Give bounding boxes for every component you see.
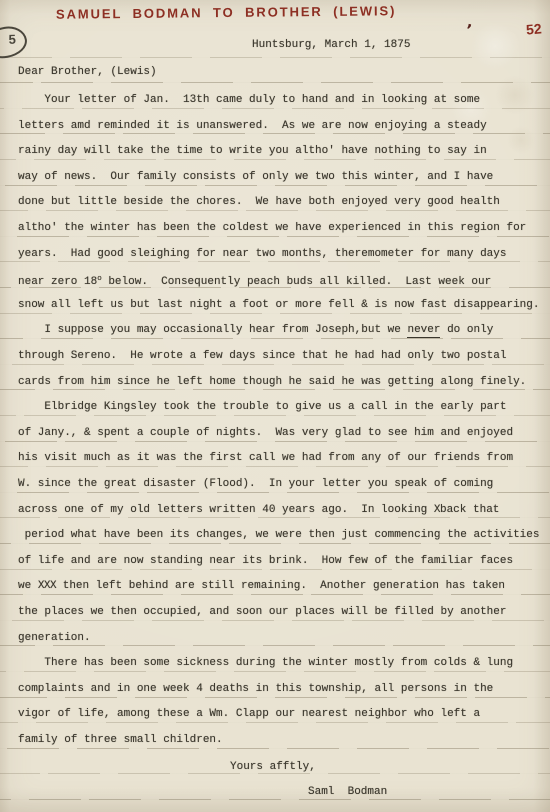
letter-line-10: I suppose you may occasionally hear from… bbox=[18, 324, 493, 337]
ruled-line bbox=[0, 236, 550, 237]
ruled-line bbox=[0, 748, 550, 749]
letter-line-19: of life and are now standing near its br… bbox=[18, 555, 513, 568]
ruled-line bbox=[0, 338, 550, 339]
letter-line-9: snow all left us but last night a foot o… bbox=[18, 299, 540, 312]
letter-line-17: across one of my old letters written 40 … bbox=[18, 504, 499, 517]
ruled-line bbox=[0, 517, 550, 518]
scanned-letter-page: SAMUEL BODMAN TO BROTHER (LEWIS) 52 ’ 5 … bbox=[0, 0, 550, 812]
closing-line: Yours afftly, bbox=[230, 761, 316, 774]
ruled-line bbox=[0, 441, 550, 442]
letter-line-18: period what have been its changes, we we… bbox=[18, 529, 540, 542]
letter-line-1: Your letter of Jan. 13th came duly to ha… bbox=[18, 94, 480, 107]
handwritten-annotation: SAMUEL BODMAN TO BROTHER (LEWIS) bbox=[56, 3, 396, 22]
letter-line-12: cards from him since he left home though… bbox=[18, 376, 526, 389]
ruled-line bbox=[0, 645, 550, 646]
letter-line-23: There has been some sickness during the … bbox=[18, 657, 513, 670]
ruled-line bbox=[0, 415, 550, 416]
letter-line-14: of Jany., & spent a couple of nights. Wa… bbox=[18, 427, 513, 440]
ruled-line bbox=[0, 594, 550, 595]
letter-line-22: generation. bbox=[18, 632, 91, 645]
signature-line: Saml Bodman bbox=[308, 786, 387, 799]
ruled-line bbox=[0, 210, 550, 211]
ruled-line bbox=[0, 466, 550, 467]
salutation: Dear Brother, (Lewis) bbox=[18, 66, 157, 79]
ruled-line bbox=[0, 389, 550, 390]
ruled-line bbox=[0, 620, 550, 621]
dateline: Huntsburg, March 1, 1875 bbox=[252, 39, 410, 52]
ruled-line bbox=[0, 261, 550, 262]
ruled-line bbox=[0, 697, 550, 698]
circled-number-value: 5 bbox=[8, 32, 16, 47]
letter-line-26: family of three small children. bbox=[18, 734, 223, 747]
letter-line-4: way of news. Our family consists of only… bbox=[18, 171, 493, 184]
page-number: 52 bbox=[525, 20, 542, 37]
letter-line-13: Elbridge Kingsley took the trouble to gi… bbox=[18, 401, 506, 414]
letter-line-24: complaints and in one week 4 deaths in t… bbox=[18, 683, 493, 696]
ruled-line bbox=[0, 722, 550, 723]
letter-line-11: through Sereno. He wrote a few days sinc… bbox=[18, 350, 506, 363]
letter-line-6: altho' the winter has been the coldest w… bbox=[18, 222, 526, 235]
letter-line-3: rainy day will take the time to write yo… bbox=[18, 145, 487, 158]
letter-line-15: his visit much as it was the first call … bbox=[18, 452, 513, 465]
letter-line-5: done but little beside the chores. We ha… bbox=[18, 196, 500, 209]
letter-line-2: letters amd reminded it is unanswered. A… bbox=[18, 120, 487, 133]
ruled-line bbox=[0, 543, 550, 544]
ruled-line bbox=[0, 799, 550, 800]
ruled-line bbox=[0, 569, 550, 570]
letter-line-21: the places we then occupied, and soon ou… bbox=[18, 606, 506, 619]
ruled-line bbox=[0, 671, 550, 672]
letter-line-7: years. Had good sleighing for near two m… bbox=[18, 248, 506, 261]
letter-line-20: we XXX then left behind are still remain… bbox=[18, 580, 505, 593]
ruled-line bbox=[0, 185, 550, 186]
ruled-line bbox=[0, 364, 550, 365]
letter-line-16: W. since the great disaster (Flood). In … bbox=[18, 478, 493, 491]
letter-line-8: near zero 18o below. Consequently peach … bbox=[18, 273, 491, 289]
ruled-line bbox=[0, 492, 550, 493]
ruled-line bbox=[0, 313, 550, 314]
letter-line-25: vigor of life, among these a Wm. Clapp o… bbox=[18, 708, 480, 721]
